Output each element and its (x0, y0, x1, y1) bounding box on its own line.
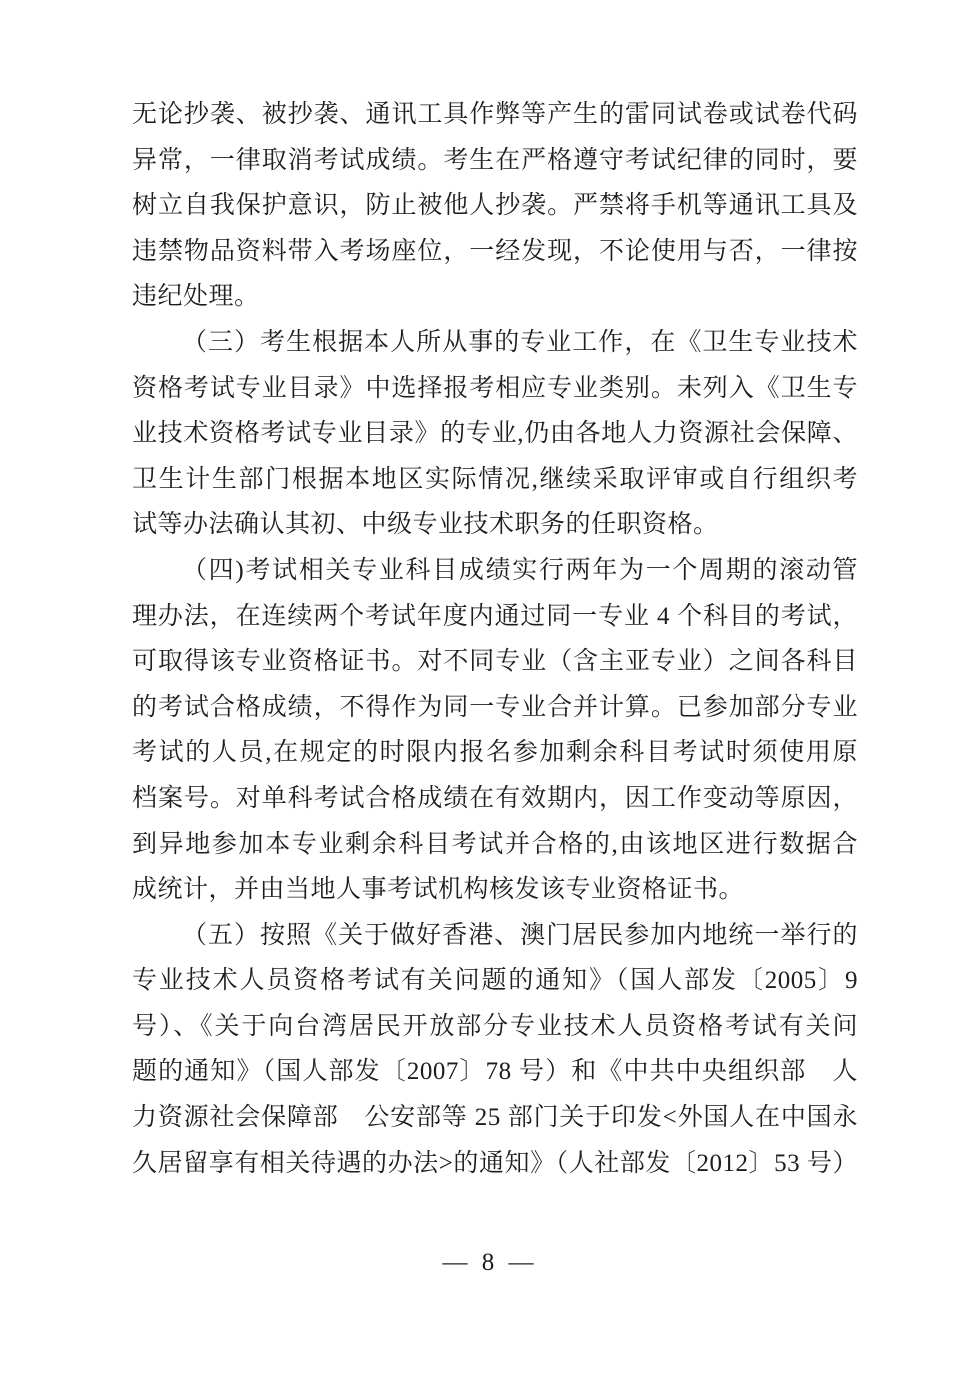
body-text-line: 树立自我保护意识，防止被他人抄袭。严禁将手机等通讯工具及 (132, 183, 858, 229)
body-text-line: 理办法，在连续两个考试年度内通过同一专业 4 个科目的考试， (132, 594, 858, 640)
body-text-line: （四)考试相关专业科目成绩实行两年为一个周期的滚动管 (132, 548, 858, 594)
body-text-line: 久居留享有相关待遇的办法>的通知》（人社部发〔2012〕53 号） (132, 1141, 858, 1187)
body-text-line: 的考试合格成绩，不得作为同一专业合并计算。已参加部分专业 (132, 685, 858, 731)
document-page: 无论抄袭、被抄袭、通讯工具作弊等产生的雷同试卷或试卷代码 异常，一律取消考试成绩… (0, 0, 980, 1385)
page-number: — 8 — (0, 1242, 980, 1284)
document-body: 无论抄袭、被抄袭、通讯工具作弊等产生的雷同试卷或试卷代码 异常，一律取消考试成绩… (132, 92, 858, 1186)
body-text-line: 无论抄袭、被抄袭、通讯工具作弊等产生的雷同试卷或试卷代码 (132, 92, 858, 138)
body-text-line: 违纪处理。 (132, 274, 858, 320)
body-text-line: （五）按照《关于做好香港、澳门居民参加内地统一举行的 (132, 913, 858, 959)
body-text-line: 到异地参加本专业剩余科目考试并合格的,由该地区进行数据合 (132, 822, 858, 868)
body-text-line: 号）、《关于向台湾居民开放部分专业技术人员资格考试有关问 (132, 1004, 858, 1050)
body-text-line: （三）考生根据本人所从事的专业工作，在《卫生专业技术 (132, 320, 858, 366)
body-text-line: 档案号。对单科考试合格成绩在有效期内，因工作变动等原因， (132, 776, 858, 822)
body-text-line: 违禁物品资料带入考场座位，一经发现，不论使用与否，一律按 (132, 229, 858, 275)
body-text-line: 成统计，并由当地人事考试机构核发该专业资格证书。 (132, 867, 858, 913)
body-text-line: 业技术资格考试专业目录》的专业,仍由各地人力资源社会保障、 (132, 411, 858, 457)
body-text-line: 题的通知》（国人部发〔2007〕78 号）和《中共中央组织部 人 (132, 1049, 858, 1095)
body-text-line: 可取得该专业资格证书。对不同专业（含主亚专业）之间各科目 (132, 639, 858, 685)
body-text-line: 异常，一律取消考试成绩。考生在严格遵守考试纪律的同时，要 (132, 138, 858, 184)
body-text-line: 考试的人员,在规定的时限内报名参加剩余科目考试时须使用原 (132, 730, 858, 776)
body-text-line: 专业技术人员资格考试有关问题的通知》（国人部发〔2005〕9 (132, 958, 858, 1004)
body-text-line: 卫生计生部门根据本地区实际情况,继续采取评审或自行组织考 (132, 457, 858, 503)
body-text-line: 资格考试专业目录》中选择报考相应专业类别。未列入《卫生专 (132, 366, 858, 412)
body-text-line: 力资源社会保障部 公安部等 25 部门关于印发<外国人在中国永 (132, 1095, 858, 1141)
body-text-line: 试等办法确认其初、中级专业技术职务的任职资格。 (132, 502, 858, 548)
